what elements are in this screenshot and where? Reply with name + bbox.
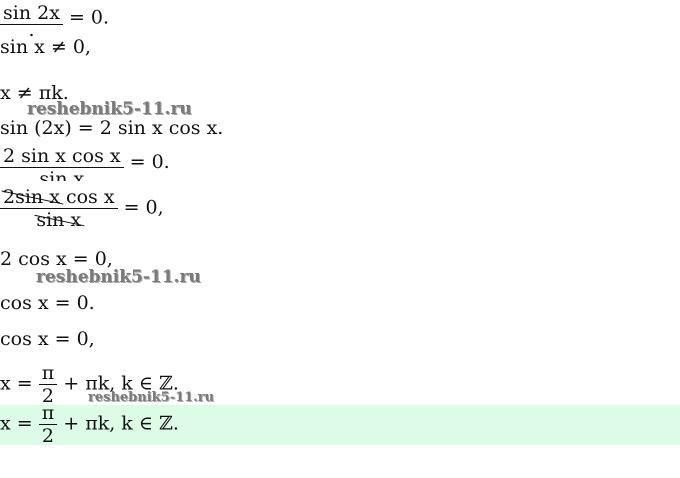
answer-line: x = π 2 + πk, k ∈ ℤ. (0, 402, 179, 447)
fraction: π 2 (39, 362, 58, 407)
denominator: 2 (39, 425, 58, 447)
equation-rhs: = 0. (63, 7, 109, 29)
cancelled-term: 2sin x (3, 186, 60, 208)
fraction: sin 2x . (0, 2, 63, 35)
denominator: sin x (0, 209, 118, 231)
numerator: π (39, 362, 58, 385)
equation-rhs: = 0, (118, 197, 164, 219)
equation-line-4: sin (2x) = 2 sin x cos x. (0, 117, 223, 139)
denominator: . (0, 25, 63, 35)
numerator-rest: cos x (60, 186, 115, 208)
equation-line-2: sin x ≠ 0, (0, 36, 91, 58)
equation-line-6: 2sin x cos x sin x = 0, (0, 186, 164, 231)
equation-line-5: 2 sin x cos x sin x = 0. (0, 145, 170, 181)
equation-lhs: x = (0, 373, 39, 395)
equation-line-9: cos x = 0, (0, 328, 95, 350)
fraction: 2 sin x cos x sin x (0, 145, 124, 181)
numerator: 2 sin x cos x (0, 145, 124, 168)
equation-line-1: sin 2x . = 0. (0, 2, 109, 35)
denominator: sin x (0, 168, 124, 181)
fraction: 2sin x cos x sin x (0, 186, 118, 231)
equation-lhs: x = (0, 413, 39, 435)
fraction: π 2 (39, 402, 58, 447)
equation-line-8: cos x = 0. (0, 292, 95, 314)
equation-rhs: + πk, k ∈ ℤ. (57, 413, 179, 435)
watermark: reshebnik5-11.ru (27, 99, 192, 119)
cancelled-term: sin x (36, 209, 81, 231)
numerator: π (39, 402, 58, 425)
numerator: 2sin x cos x (0, 186, 118, 209)
watermark: reshebnik5-11.ru (36, 267, 201, 287)
equation-rhs: = 0. (124, 151, 170, 173)
